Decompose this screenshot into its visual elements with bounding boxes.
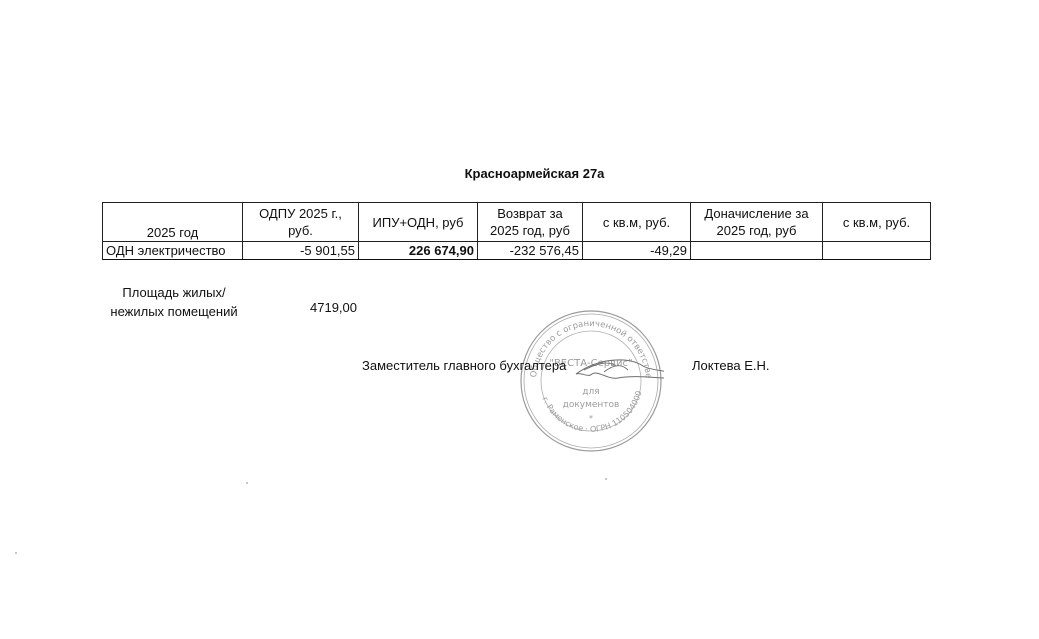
- scan-speck: [246, 482, 248, 484]
- header-ipu-odn: ИПУ+ОДН, руб: [359, 203, 478, 242]
- cell-refund-per-sqm: -49,29: [583, 242, 691, 260]
- area-value: 4719,00: [300, 300, 357, 315]
- report-table: 2025 год ОДПУ 2025 г., руб. ИПУ+ОДН, руб…: [102, 202, 931, 260]
- header-refund-per-sqm: с кв.м, руб.: [583, 203, 691, 242]
- cell-name: ОДН электричество: [103, 242, 243, 260]
- cell-refund: -232 576,45: [478, 242, 583, 260]
- table-header-row: 2025 год ОДПУ 2025 г., руб. ИПУ+ОДН, руб…: [103, 203, 931, 242]
- stamp-center-line2: документов: [563, 400, 620, 410]
- table-row: ОДН электричество -5 901,55 226 674,90 -…: [103, 242, 931, 260]
- scan-speck: [15, 552, 17, 554]
- svg-text:*: *: [589, 414, 593, 423]
- signature-name: Локтева Е.Н.: [692, 358, 770, 373]
- header-surcharge: Доначисление за 2025 год, руб: [691, 203, 823, 242]
- scan-speck: [605, 478, 607, 480]
- stamp-center-line1: для: [582, 387, 599, 397]
- header-surcharge-per-sqm: с кв.м, руб.: [823, 203, 931, 242]
- signature-role: Заместитель главного бухгалтера: [362, 358, 566, 373]
- header-year: 2025 год: [103, 203, 243, 242]
- document-title: Красноармейская 27а: [0, 166, 1039, 181]
- header-odpu: ОДПУ 2025 г., руб.: [243, 203, 359, 242]
- header-refund: Возврат за 2025 год, руб: [478, 203, 583, 242]
- cell-ipu-odn: 226 674,90: [359, 242, 478, 260]
- area-label: Площадь жилых/нежилых помещений: [104, 283, 244, 321]
- cell-odpu: -5 901,55: [243, 242, 359, 260]
- company-stamp-icon: Общество с ограниченной ответственностью…: [518, 308, 664, 454]
- cell-surcharge: [691, 242, 823, 260]
- cell-surcharge-per-sqm: [823, 242, 931, 260]
